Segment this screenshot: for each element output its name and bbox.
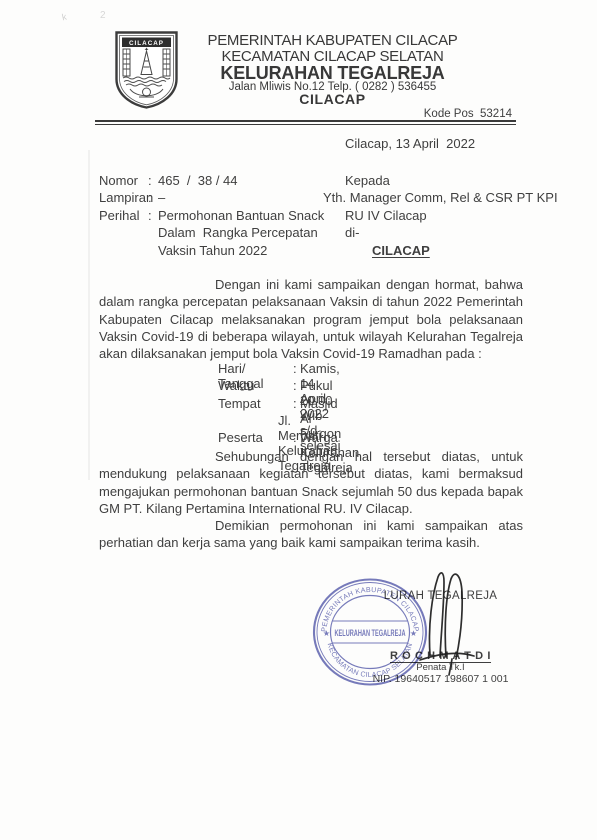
stamp-center-text: KELURAHAN TEGALREJA	[335, 628, 406, 639]
detail-label: Tempat	[218, 396, 261, 411]
svg-text:PEMERINTAH KABUPATEN CILACAP: PEMERINTAH KABUPATEN CILACAP	[320, 586, 420, 632]
letterhead-government: PEMERINTAH KABUPATEN CILACAP	[160, 32, 505, 49]
dateline: Cilacap, 13 April 2022	[345, 136, 475, 151]
meta-label: Lampiran	[99, 190, 153, 205]
body-paragraph-2: Sehubungan dengan hal tersebut diatas, u…	[99, 448, 523, 517]
detail-colon: :	[293, 361, 297, 376]
postal-code: Kode Pos 53214	[400, 108, 512, 120]
svg-text:KECAMATAN CILACAP SELATAN: KECAMATAN CILACAP SELATAN	[326, 642, 415, 679]
meta-value: Permohonan Bantuan Snack	[158, 208, 324, 223]
pencil-mark-left: k	[61, 12, 67, 23]
scanned-letter-page: k 2 CILACAP ✦	[0, 0, 597, 840]
recipient-di: di-	[323, 225, 558, 242]
body-paragraph-3: Demikian permohonan ini kami sampaikan a…	[99, 517, 523, 552]
detail-colon: :	[293, 430, 297, 445]
body-paragraph-1: Dengan ini kami sampaikan dengan hormat,…	[99, 276, 523, 362]
letterhead-divider	[95, 120, 516, 125]
detail-colon: :	[293, 378, 297, 393]
detail-colon: :	[293, 396, 297, 411]
stamp-ring-bottom-text: KECAMATAN CILACAP SELATAN	[326, 642, 415, 679]
scan-streak	[88, 150, 90, 480]
stamp-ring-top-text: PEMERINTAH KABUPATEN CILACAP	[320, 586, 420, 632]
recipient-unit: RU IV Cilacap	[323, 208, 558, 225]
meta-value: –	[158, 190, 165, 205]
stamp-star-left-icon: ★	[323, 629, 330, 638]
detail-label: Waktu	[218, 378, 254, 393]
meta-colon: :	[148, 190, 152, 205]
logo-banner-text: CILACAP	[129, 40, 164, 47]
recipient-city: CILACAP	[323, 243, 558, 260]
meta-value: 465 / 38 / 44	[158, 173, 238, 188]
meta-value: Vaksin Tahun 2022	[158, 243, 267, 258]
handwritten-signature	[410, 565, 485, 680]
letterhead-city: CILACAP	[160, 91, 505, 107]
meta-label: Nomor	[99, 173, 138, 188]
meta-colon: :	[148, 208, 152, 223]
recipient-kepada: Kepada	[323, 173, 558, 190]
detail-label: Peserta	[218, 430, 263, 445]
meta-label: Perihal	[99, 208, 139, 223]
recipient-addressee: Yth. Manager Comm, Rel & CSR PT KPI	[323, 190, 558, 207]
meta-colon: :	[148, 173, 152, 188]
meta-value: Dalam Rangka Percepatan	[158, 225, 318, 240]
recipient-block: Kepada Yth. Manager Comm, Rel & CSR PT K…	[323, 173, 558, 260]
logo-star-icon: ✦	[144, 47, 149, 54]
pencil-mark-right: 2	[100, 10, 106, 21]
